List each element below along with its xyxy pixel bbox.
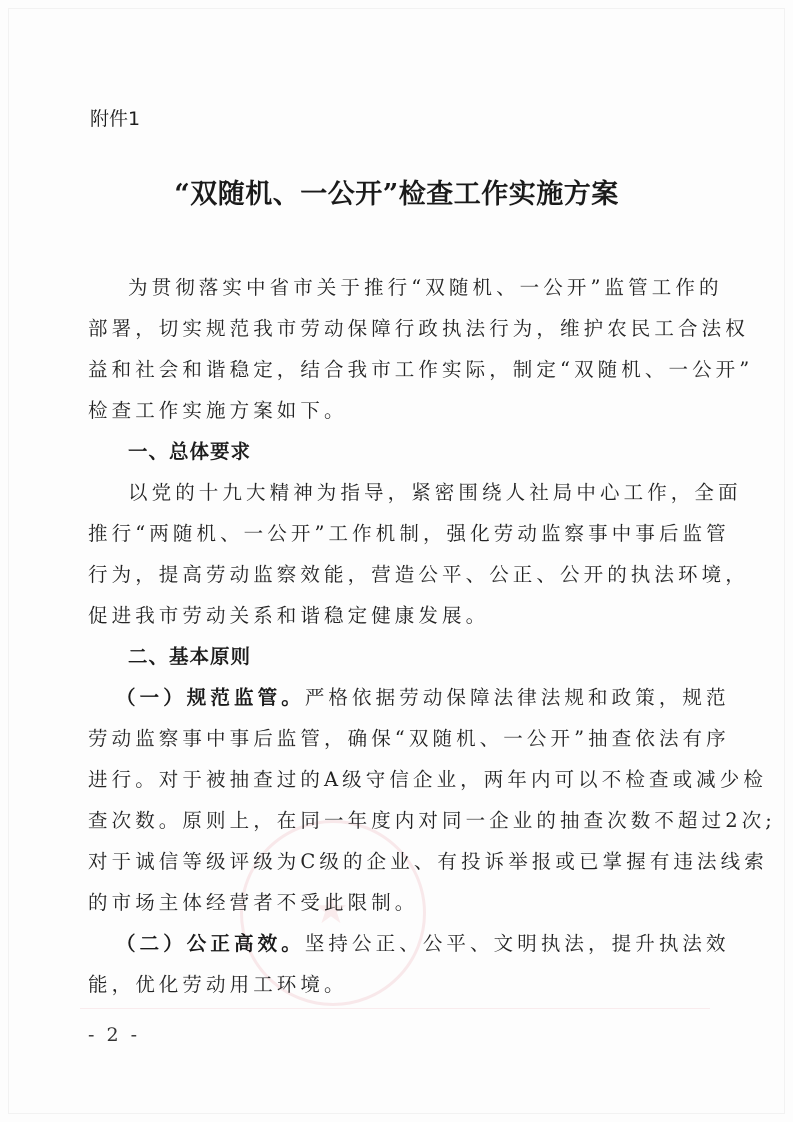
intro-line-4: 检查工作实施方案如下。 (88, 395, 348, 423)
item2-lead: （二）公正高效。 (116, 932, 305, 955)
item1-line-2: 劳动监察事中事后监管，确保“双随机、一公开”抽查依法有序 (88, 723, 730, 751)
intro-line-3: 益和社会和谐稳定，结合我市工作实际，制定“双随机、一公开” (88, 354, 753, 382)
item2-line-2: 能，优化劳动用工环境。 (88, 969, 348, 997)
item1-line-1: （一）规范监管。严格依据劳动保障法律法规和政策，规范 (116, 682, 730, 710)
item1-first-line-rest: 严格依据劳动保障法律法规和政策，规范 (305, 686, 730, 709)
document-body: 为贯彻落实中省市关于推行“双随机、一公开”监管工作的 部署，切实规范我市劳动保障… (88, 0, 704, 1122)
item1-line-6: 的市场主体经营者不受此限制。 (88, 887, 418, 915)
section1-line-1: 以党的十九大精神为指导，紧密围绕人社局中心工作，全面 (128, 477, 742, 505)
footer-divider (80, 1008, 710, 1009)
intro-line-2: 部署，切实规范我市劳动保障行政执法行为，维护农民工合法权 (88, 313, 749, 341)
item1-lead: （一）规范监管。 (116, 686, 305, 709)
item1-line-3: 进行。对于被抽查过的A级守信企业，两年内可以不检查或减少检 (88, 764, 767, 792)
section1-line-2: 推行“两随机、一公开”工作机制，强化劳动监察事中事后监管 (88, 518, 730, 546)
section1-line-4: 促进我市劳动关系和谐稳定健康发展。 (88, 600, 489, 628)
document-page: ★ 附件1 “双随机、一公开”检查工作实施方案 为贯彻落实中省市关于推行“双随机… (0, 0, 793, 1122)
item2-first-line-rest: 坚持公正、公平、文明执法，提升执法效 (305, 932, 730, 955)
item1-line-5: 对于诚信等级评级为C级的企业、有投诉举报或已掌握有违法线索 (88, 846, 768, 874)
section1-line-3: 行为，提高劳动监察效能，营造公平、公正、公开的执法环境， (88, 559, 749, 587)
item1-line-4: 查次数。原则上，在同一年度内对同一企业的抽查次数不超过2次; (88, 805, 776, 833)
section-heading-basic-principles: 二、基本原则 (128, 641, 251, 669)
page-number: - 2 - (88, 1024, 140, 1046)
section-heading-general-requirements: 一、总体要求 (128, 436, 251, 464)
intro-line-1: 为贯彻落实中省市关于推行“双随机、一公开”监管工作的 (128, 272, 723, 300)
item2-line-1: （二）公正高效。坚持公正、公平、文明执法，提升执法效 (116, 928, 730, 956)
